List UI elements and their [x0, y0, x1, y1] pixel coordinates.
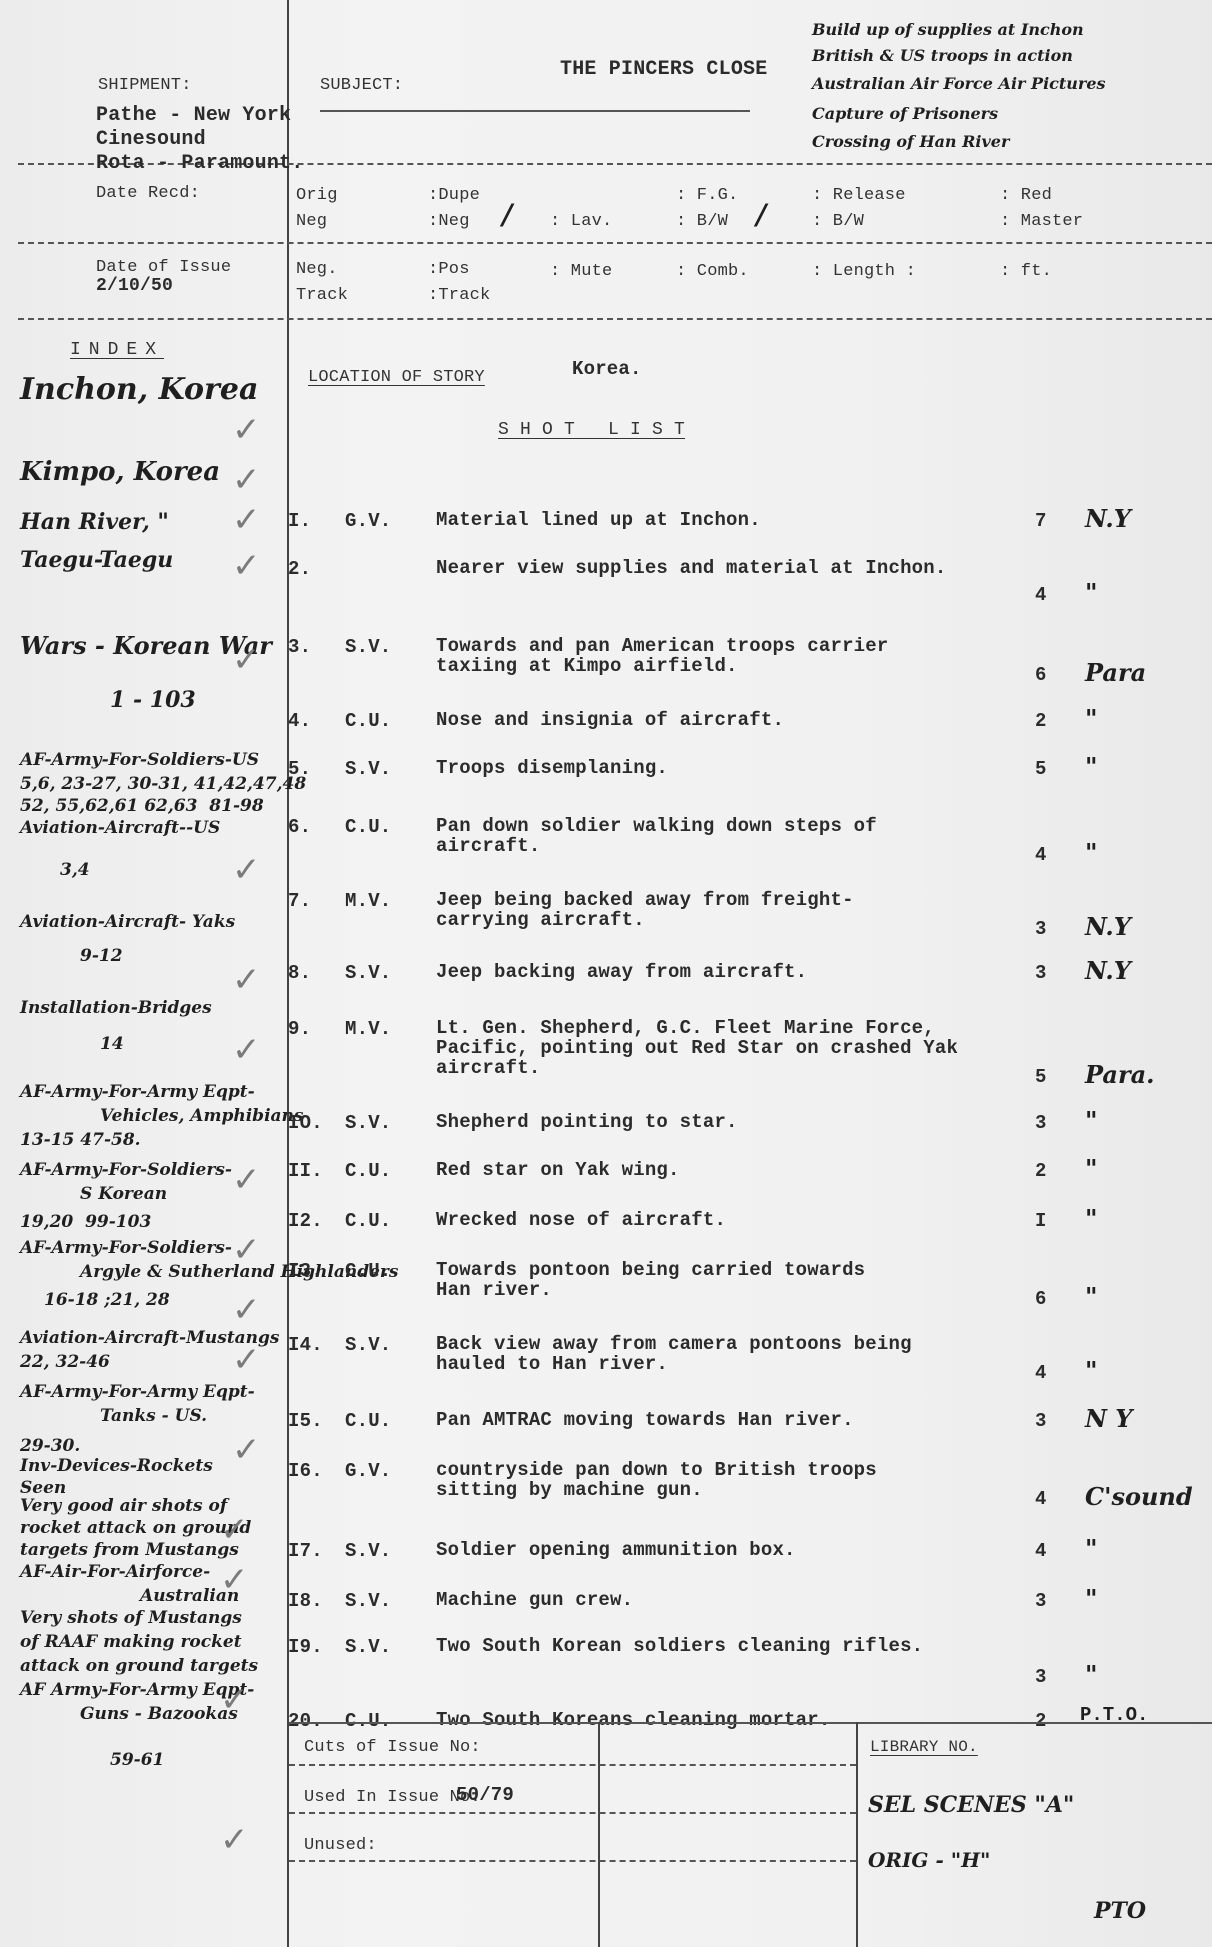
- index-entry: AF-Army-For-Soldiers-US: [20, 750, 259, 770]
- shot-description: carrying aircraft.: [436, 910, 645, 930]
- check-mark-icon: ✓: [232, 1160, 261, 1200]
- shot-number: 20.: [288, 1710, 323, 1732]
- shot-type: C.U.: [345, 816, 391, 838]
- check-mark-icon: ✓: [232, 1340, 261, 1380]
- shot-length: 3: [1035, 918, 1047, 940]
- subject-note-5: Crossing of Han River: [812, 132, 1009, 151]
- index-entry: Inchon, Korea: [20, 380, 258, 400]
- check-mark-icon: ✓: [232, 960, 261, 1000]
- shot-number: I2.: [288, 1210, 323, 1232]
- check-mark-icon: ✓: [220, 1820, 249, 1860]
- comb-field: : Comb.: [676, 262, 749, 281]
- index-title: INDEX: [70, 340, 164, 360]
- check-mark-icon: ✓: [220, 1510, 249, 1550]
- index-entry: 9-12: [80, 946, 123, 966]
- library-label: LIBRARY NO.: [870, 1738, 978, 1756]
- location-value: Korea.: [572, 358, 642, 380]
- subject-note-4: Capture of Prisoners: [812, 104, 998, 123]
- dupe-neg-line2: :Neg: [428, 212, 470, 231]
- shot-type: C.U.: [345, 1210, 391, 1232]
- subject-note-3: Australian Air Force Air Pictures: [812, 74, 1106, 93]
- shot-type: S.V.: [345, 1636, 391, 1658]
- shot-number: IO.: [288, 1112, 323, 1134]
- shot-length: I: [1035, 1210, 1047, 1232]
- index-entry: AF-Army-For-Army Eqpt-: [20, 1082, 255, 1102]
- index-entry: 59-61: [110, 1750, 164, 1770]
- shot-number: I5.: [288, 1410, 323, 1432]
- shot-number: II.: [288, 1160, 323, 1182]
- shot-length: 3: [1035, 962, 1047, 984]
- shot-description: Material lined up at Inchon.: [436, 510, 761, 530]
- index-entry: Installation-Bridges: [20, 998, 212, 1018]
- shipment-line-2: Cinesound: [96, 128, 206, 151]
- shot-description: taxiing at Kimpo airfield.: [436, 656, 738, 676]
- shot-number: I.: [288, 510, 311, 532]
- shot-description: Wrecked nose of aircraft.: [436, 1210, 726, 1230]
- shot-description: Jeep backing away from aircraft.: [436, 962, 807, 982]
- index-entry: Seen: [20, 1478, 66, 1498]
- shot-number: 3.: [288, 636, 311, 658]
- shot-length: 3: [1035, 1410, 1047, 1432]
- index-entry: 5,6, 23-27, 30-31, 41,42,47,48: [20, 774, 306, 794]
- shot-type: M.V.: [345, 1018, 391, 1040]
- shot-description: Shepherd pointing to star.: [436, 1112, 738, 1132]
- index-entry: AF-Air-For-Airforce-: [20, 1562, 210, 1582]
- shot-description: Machine gun crew.: [436, 1590, 633, 1610]
- shot-note: Para: [1085, 658, 1146, 687]
- shot-length: 6: [1035, 664, 1047, 686]
- rule-row2: [18, 242, 1212, 244]
- shot-length: 4: [1035, 1362, 1047, 1384]
- shot-description: Back view away from camera pontoons bein…: [436, 1334, 912, 1354]
- check-mark-icon: ✓: [220, 1680, 249, 1720]
- index-entry: Aviation-Aircraft- Yaks: [20, 912, 235, 932]
- rule-subject: [320, 110, 750, 112]
- pos-track-line2: :Track: [428, 286, 490, 305]
- subject-note-2: British & US troops in action: [812, 46, 1073, 65]
- shot-type: S.V.: [345, 636, 391, 658]
- shot-description: Nose and insignia of aircraft.: [436, 710, 784, 730]
- shot-description: Nearer view supplies and material at Inc…: [436, 558, 946, 578]
- shot-type: S.V.: [345, 962, 391, 984]
- shot-type: C.U.: [345, 1710, 391, 1732]
- shot-note: Para.: [1085, 1060, 1155, 1089]
- library-note-3: PTO: [1094, 1898, 1146, 1924]
- neg-track-line1: Neg.: [296, 260, 338, 279]
- subject-title: THE PINCERS CLOSE: [560, 58, 767, 81]
- shipment-label: SHIPMENT:: [98, 76, 192, 95]
- shot-description: aircraft.: [436, 836, 540, 856]
- shot-description: Pan AMTRAC moving towards Han river.: [436, 1410, 854, 1430]
- index-entry: attack on ground targets: [20, 1656, 258, 1676]
- index-entry: Han River, ": [20, 512, 169, 532]
- shot-note: ": [1085, 1660, 1098, 1689]
- length-field: : Length :: [812, 262, 916, 281]
- index-entry: targets from Mustangs: [20, 1540, 239, 1560]
- check-mark-icon: ✓: [232, 500, 261, 540]
- shot-length: 5: [1035, 758, 1047, 780]
- index-entry: rocket attack on ground: [20, 1518, 251, 1538]
- index-entry: 22, 32-46: [20, 1352, 110, 1372]
- rule-used: [289, 1812, 856, 1814]
- shot-number: I9.: [288, 1636, 323, 1658]
- rule-unused: [289, 1860, 856, 1862]
- shot-number: I7.: [288, 1540, 323, 1562]
- shot-description: Lt. Gen. Shepherd, G.C. Fleet Marine For…: [436, 1018, 935, 1038]
- fg-bw-check: /: [756, 198, 766, 231]
- check-mark-icon: ✓: [232, 1230, 261, 1270]
- shot-note: ": [1085, 578, 1098, 607]
- shot-type: G.V.: [345, 1460, 391, 1482]
- shot-number: 4.: [288, 710, 311, 732]
- shot-length: 4: [1035, 1488, 1047, 1510]
- shot-note: N Y: [1085, 1404, 1132, 1433]
- index-entry: AF-Army-For-Army Eqpt-: [20, 1382, 255, 1402]
- fg-bw-line2: : B/W: [676, 212, 728, 231]
- shot-type: S.V.: [345, 1590, 391, 1612]
- library-note-2: ORIG - "H": [868, 1848, 990, 1872]
- date-issue-value: 2/10/50: [96, 276, 173, 296]
- check-mark-icon: ✓: [232, 1030, 261, 1070]
- shipment-line-1: Pathe - New York: [96, 104, 291, 127]
- shot-type: C.U.: [345, 1410, 391, 1432]
- shot-note: ": [1085, 1534, 1098, 1563]
- shot-description: aircraft.: [436, 1058, 540, 1078]
- shot-length: 3: [1035, 1666, 1047, 1688]
- shot-number: 6.: [288, 816, 311, 838]
- used-label: Used In Issue No:: [304, 1788, 481, 1807]
- shot-list-title: S H O T L I S T: [498, 420, 685, 440]
- check-mark-icon: ✓: [232, 546, 261, 586]
- index-entry: S Korean: [80, 1184, 167, 1204]
- shot-note: ": [1085, 752, 1098, 781]
- subject-note-1: Build up of supplies at Inchon: [812, 20, 1084, 39]
- shot-length: 5: [1035, 1066, 1047, 1088]
- shot-description: Two South Korean soldiers cleaning rifle…: [436, 1636, 923, 1656]
- subject-label: SUBJECT:: [320, 76, 403, 95]
- index-entry: 52, 55,62,61 62,63 81-98: [20, 796, 264, 816]
- shot-description: countryside pan down to British troops: [436, 1460, 877, 1480]
- shot-length: 6: [1035, 1288, 1047, 1310]
- shot-note: ": [1085, 1584, 1098, 1613]
- release-bw-line1: : Release: [812, 186, 906, 205]
- index-entry: 3,4: [60, 860, 90, 880]
- shot-type: S.V.: [345, 758, 391, 780]
- shot-length: 7: [1035, 510, 1047, 532]
- shot-length: 4: [1035, 584, 1047, 606]
- index-entry: 29-30.: [20, 1436, 80, 1456]
- shot-length: 4: [1035, 844, 1047, 866]
- shot-type: M.V.: [345, 890, 391, 912]
- rule-cuts: [289, 1764, 856, 1766]
- check-mark-icon: ✓: [220, 1560, 249, 1600]
- shot-note: C'sound: [1085, 1482, 1193, 1511]
- check-mark-icon: ✓: [232, 460, 261, 500]
- library-note-1: SEL SCENES "A": [868, 1792, 1074, 1818]
- shot-description: Han river.: [436, 1280, 552, 1300]
- shot-number: I6.: [288, 1460, 323, 1482]
- shot-description: Pan down soldier walking down steps of: [436, 816, 877, 836]
- check-mark-icon: ✓: [232, 410, 261, 450]
- check-mark-icon: ✓: [232, 640, 261, 680]
- index-entry: 19,20 99-103: [20, 1212, 151, 1232]
- orig-neg-line1: Orig: [296, 186, 338, 205]
- index-entry: Very shots of Mustangs: [20, 1608, 242, 1628]
- index-entry: Taegu-Taegu: [20, 550, 173, 570]
- shot-type: S.V.: [345, 1540, 391, 1562]
- shot-length: 4: [1035, 1540, 1047, 1562]
- shot-description: Red star on Yak wing.: [436, 1160, 680, 1180]
- mute-field: : Mute: [550, 262, 612, 281]
- shot-number: I4.: [288, 1334, 323, 1356]
- shot-number: 2.: [288, 558, 311, 580]
- shot-number: 8.: [288, 962, 311, 984]
- shot-number: 9.: [288, 1018, 311, 1040]
- index-entry: 14: [100, 1034, 124, 1054]
- shot-type: C.U.: [345, 710, 391, 732]
- release-bw-line2: : B/W: [812, 212, 864, 231]
- shot-note: N.Y: [1085, 956, 1131, 985]
- index-entry: Tanks - US.: [100, 1406, 207, 1426]
- index-entry: of RAAF making rocket: [20, 1632, 242, 1652]
- index-entry: Guns - Bazookas: [80, 1704, 238, 1724]
- shot-number: 5.: [288, 758, 311, 780]
- shot-description: sitting by machine gun.: [436, 1480, 703, 1500]
- fg-bw-line1: : F.G.: [676, 186, 738, 205]
- pos-track-line1: :Pos: [428, 260, 470, 279]
- shot-number: I8.: [288, 1590, 323, 1612]
- shot-number: I3.: [288, 1260, 323, 1282]
- index-entry: 1 - 103: [110, 690, 196, 710]
- check-mark-icon: ✓: [232, 1430, 261, 1470]
- unused-label: Unused:: [304, 1836, 377, 1855]
- ft-field: : ft.: [1000, 262, 1052, 281]
- shot-description: Pacific, pointing out Red Star on crashe…: [436, 1038, 958, 1058]
- orig-neg-line2: Neg: [296, 212, 327, 231]
- shot-length: 3: [1035, 1112, 1047, 1134]
- index-entry: Vehicles, Amphibians: [100, 1106, 303, 1126]
- date-recd-label: Date Recd:: [96, 184, 200, 203]
- lav-field: : Lav.: [550, 212, 612, 231]
- shot-description: Towards and pan American troops carrier: [436, 636, 888, 656]
- library-split: [856, 1722, 858, 1947]
- index-entry: AF-Army-For-Soldiers-: [20, 1160, 232, 1180]
- shot-type: S.V.: [345, 1112, 391, 1134]
- shot-description: Jeep being backed away from freight-: [436, 890, 854, 910]
- index-entry: Aviation-Aircraft--US: [20, 818, 220, 838]
- shot-type: G.V.: [345, 510, 391, 532]
- shot-note: ": [1085, 1106, 1098, 1135]
- shot-description: Towards pontoon being carried towards: [436, 1260, 865, 1280]
- shot-type: C.U.: [345, 1260, 391, 1282]
- dupe-neg-line1: :Dupe: [428, 186, 480, 205]
- dupe-neg-check: /: [502, 198, 512, 231]
- shipment-line-3: Rota - Paramount.: [96, 152, 303, 175]
- red-master-line1: : Red: [1000, 186, 1052, 205]
- index-entry: Very good air shots of: [20, 1496, 227, 1516]
- footer-divider: [598, 1722, 600, 1947]
- red-master-line2: : Master: [1000, 212, 1083, 231]
- shot-note: ": [1085, 1282, 1098, 1311]
- neg-track-line2: Track: [296, 286, 348, 305]
- shot-length: 2: [1035, 1160, 1047, 1182]
- shot-length: 2: [1035, 710, 1047, 732]
- shot-note: ": [1085, 1154, 1098, 1183]
- check-mark-icon: ✓: [232, 1290, 261, 1330]
- index-entry: 16-18 ;21, 28: [44, 1290, 170, 1310]
- shot-length: 3: [1035, 1590, 1047, 1612]
- shot-description: hauled to Han river.: [436, 1354, 668, 1374]
- index-entry: Kimpo, Korea: [20, 462, 220, 482]
- shot-note: ": [1085, 1356, 1098, 1385]
- shot-type: S.V.: [345, 1334, 391, 1356]
- date-issue-label: Date of Issue: [96, 258, 231, 277]
- shot-note: ": [1085, 1204, 1098, 1233]
- cuts-label: Cuts of Issue No:: [304, 1738, 481, 1757]
- shot-note: ": [1085, 838, 1098, 867]
- shot-list-document: SHIPMENT: Pathe - New York Cinesound Rot…: [0, 0, 1212, 1947]
- used-value: 50/79: [456, 1784, 514, 1806]
- shot-description: Two South Koreans cleaning mortar.: [436, 1710, 830, 1730]
- location-label: LOCATION OF STORY: [308, 368, 485, 387]
- shot-note: N.Y: [1085, 912, 1131, 941]
- index-entry: AF-Army-For-Soldiers-: [20, 1238, 232, 1258]
- shot-description: Soldier opening ammunition box.: [436, 1540, 796, 1560]
- check-mark-icon: ✓: [232, 850, 261, 890]
- shot-description: Troops disemplaning.: [436, 758, 668, 778]
- shot-number: 7.: [288, 890, 311, 912]
- rule-footer-top: [289, 1722, 1212, 1724]
- rule-row3: [18, 318, 1212, 320]
- shot-note: ": [1085, 704, 1098, 733]
- shot-note: N.Y: [1085, 504, 1131, 533]
- index-entry: 13-15 47-58.: [20, 1130, 141, 1150]
- index-entry: Inv-Devices-Rockets: [20, 1456, 213, 1476]
- shot-length: 2: [1035, 1710, 1047, 1732]
- shot-type: C.U.: [345, 1160, 391, 1182]
